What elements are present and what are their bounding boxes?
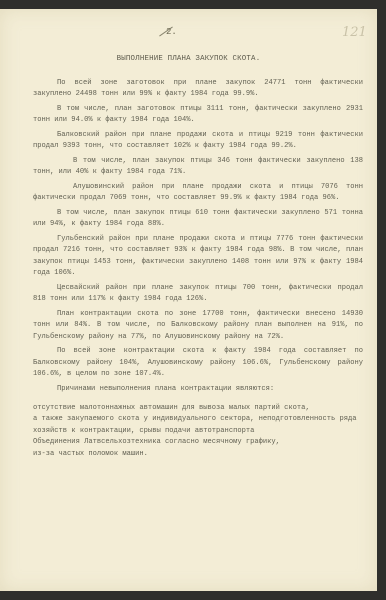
paragraph-contracting-fact: По всей зоне контрактации скота к факту … — [33, 346, 363, 380]
cause-line: из-за частых поломок машин. — [33, 449, 363, 460]
paragraph-balkovsky-poultry: В том числе, план закупок птицы 346 тонн… — [33, 156, 363, 179]
document-body: По всей зоне заготовок при плане закупок… — [33, 78, 363, 460]
cause-line: отсутствие малотоннажных автомашин для в… — [33, 403, 363, 414]
paragraph-gulbensky: Гульбенский район при плане продажи скот… — [33, 234, 363, 280]
paragraph-causes-heading: Причинами невыполнения плана контрактаци… — [33, 384, 363, 395]
cause-line: а также закупаемого скота у индивидуальн… — [33, 414, 363, 437]
paragraph-alushovinsky: Алушовинский район при плане продажи ско… — [33, 182, 363, 205]
paragraph-contracting-plan: План контрактации скота по зоне 17700 то… — [33, 309, 363, 343]
document-page: 2. 121 ВЫПОЛНЕНИЕ ПЛАНА ЗАКУПОК СКОТА. П… — [0, 9, 377, 591]
page-number: 2. — [166, 27, 177, 37]
paragraph-tsesvaisky: Цесвайский район при плане закупок птицы… — [33, 283, 363, 306]
paragraph-balkovsky: Балковский район при плане продажи скота… — [33, 130, 363, 153]
archive-folio-number: 121 — [342, 25, 367, 40]
paragraph-alushovinsky-poultry: В том числе, план закупок птицы 610 тонн… — [33, 208, 363, 231]
document-title: ВЫПОЛНЕНИЕ ПЛАНА ЗАКУПОК СКОТА. — [0, 55, 377, 63]
causes-list: отсутствие малотоннажных автомашин для в… — [33, 403, 363, 460]
paragraph-poultry-zone: В том числе, план заготовок птицы 3111 т… — [33, 104, 363, 127]
cause-line: Объединения Латвсельхозтехника согласно … — [33, 437, 363, 448]
paragraph-total-zone: По всей зоне заготовок при плане закупок… — [33, 78, 363, 101]
